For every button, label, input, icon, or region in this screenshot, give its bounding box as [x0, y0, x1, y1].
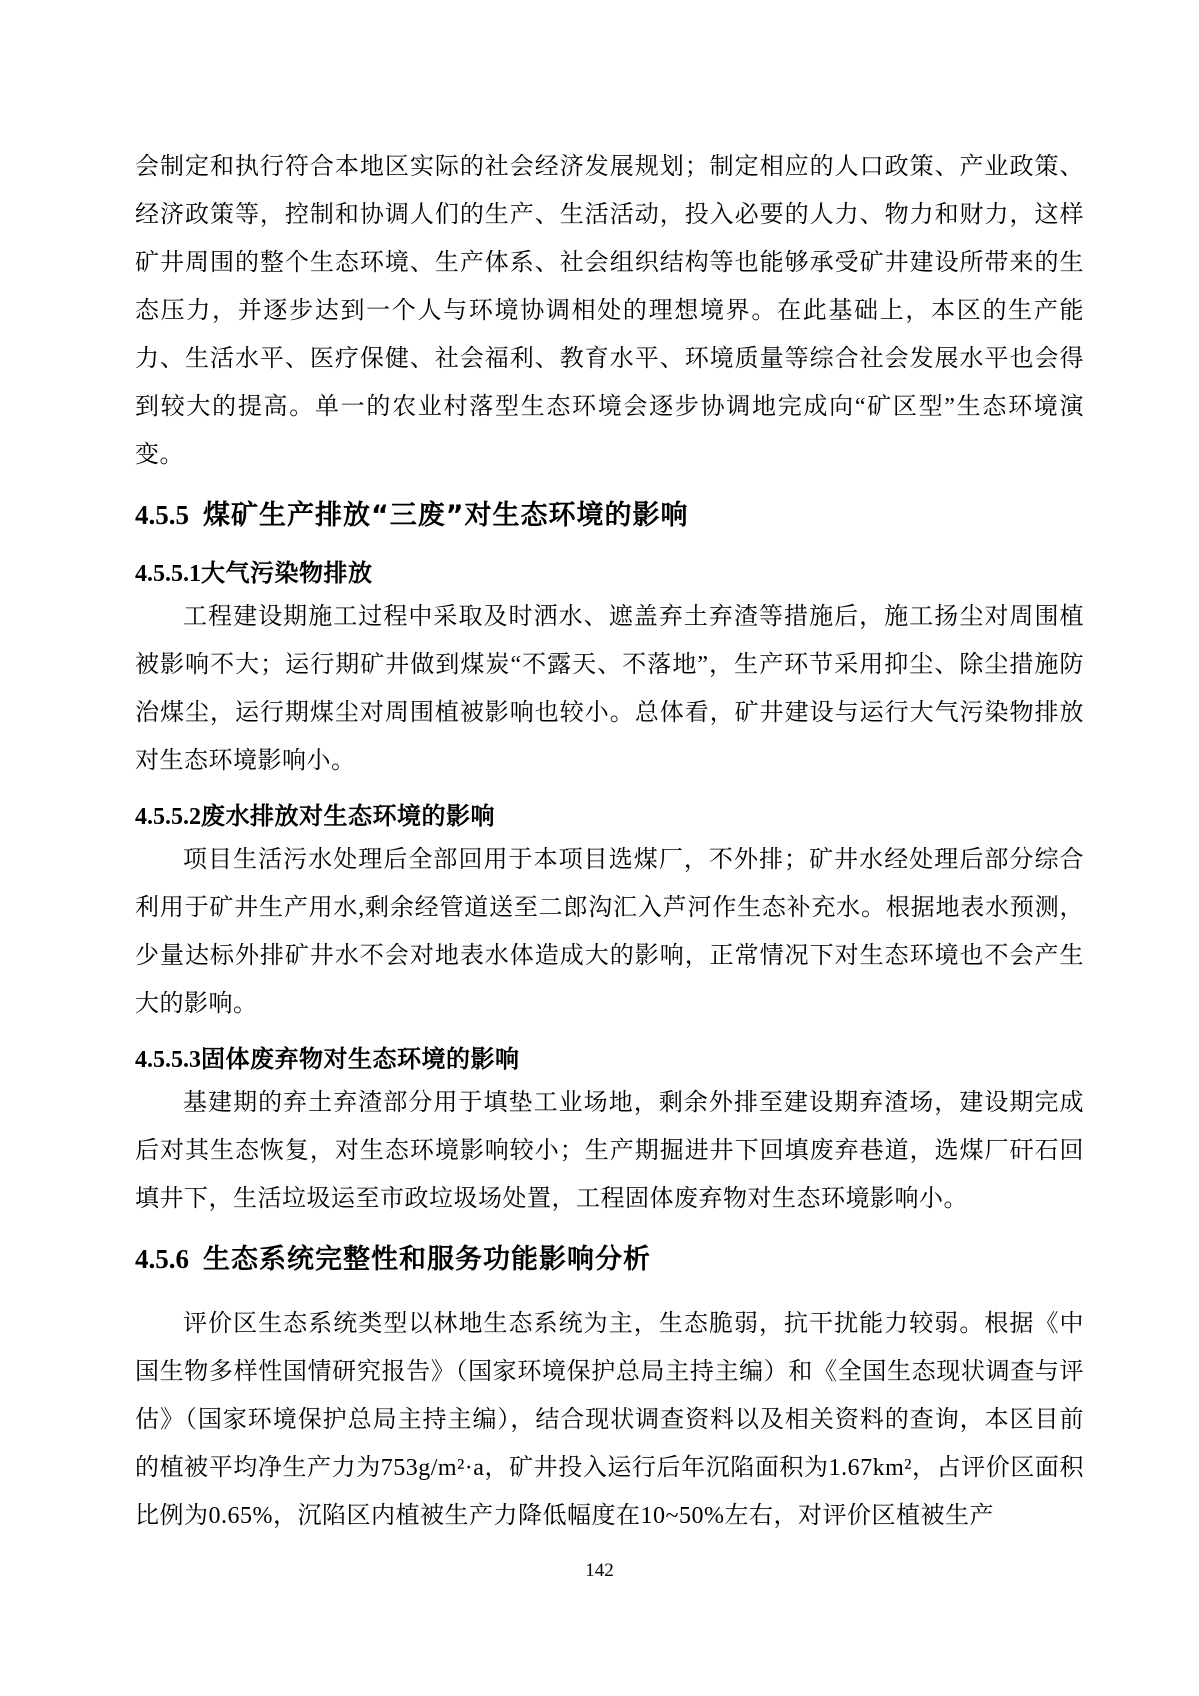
page-number: 142	[0, 1560, 1199, 1582]
subsection-heading-4-5-5-2: 4.5.5.2废水排放对生态环境的影响	[135, 799, 1084, 834]
paragraph-wastewater: 项目生活污水处理后全部回用于本项目选煤厂，不外排；矿井水经处理后部分综合利用于矿…	[135, 836, 1084, 1028]
section-number: 4.5.6	[135, 1244, 189, 1274]
section-heading-4-5-5: 4.5.5煤矿生产排放“三废”对生态环境的影响	[135, 495, 1084, 536]
paragraph-continuation: 会制定和执行符合本地区实际的社会经济发展规划；制定相应的人口政策、产业政策、经济…	[135, 143, 1084, 479]
subsection-heading-4-5-5-1: 4.5.5.1大气污染物排放	[135, 556, 1084, 591]
subsection-heading-4-5-5-3: 4.5.5.3固体废弃物对生态环境的影响	[135, 1042, 1084, 1077]
section-heading-4-5-6: 4.5.6生态系统完整性和服务功能影响分析	[135, 1239, 1084, 1280]
subsection-number: 4.5.5.3	[135, 1047, 201, 1073]
section-title: 生态系统完整性和服务功能影响分析	[203, 1244, 651, 1275]
subsection-number: 4.5.5.2	[135, 804, 201, 830]
document-page: 会制定和执行符合本地区实际的社会经济发展规划；制定相应的人口政策、产业政策、经济…	[0, 0, 1199, 1696]
paragraph-air-pollutants: 工程建设期施工过程中采取及时洒水、遮盖弃土弃渣等措施后，施工扬尘对周围植被影响不…	[135, 593, 1084, 785]
subsection-number: 4.5.5.1	[135, 561, 201, 587]
paragraph-ecosystem-integrity: 评价区生态系统类型以林地生态系统为主，生态脆弱，抗干扰能力较弱。根据《中国生物多…	[135, 1300, 1084, 1540]
subsection-title: 大气污染物排放	[201, 559, 373, 587]
section-number: 4.5.5	[135, 500, 189, 530]
subsection-title: 固体废弃物对生态环境的影响	[201, 1045, 520, 1073]
paragraph-solid-waste: 基建期的弃土弃渣部分用于填垫工业场地，剩余外排至建设期弃渣场，建设期完成后对其生…	[135, 1079, 1084, 1223]
subsection-title: 废水排放对生态环境的影响	[201, 802, 495, 830]
section-title: 煤矿生产排放“三废”对生态环境的影响	[203, 500, 689, 531]
